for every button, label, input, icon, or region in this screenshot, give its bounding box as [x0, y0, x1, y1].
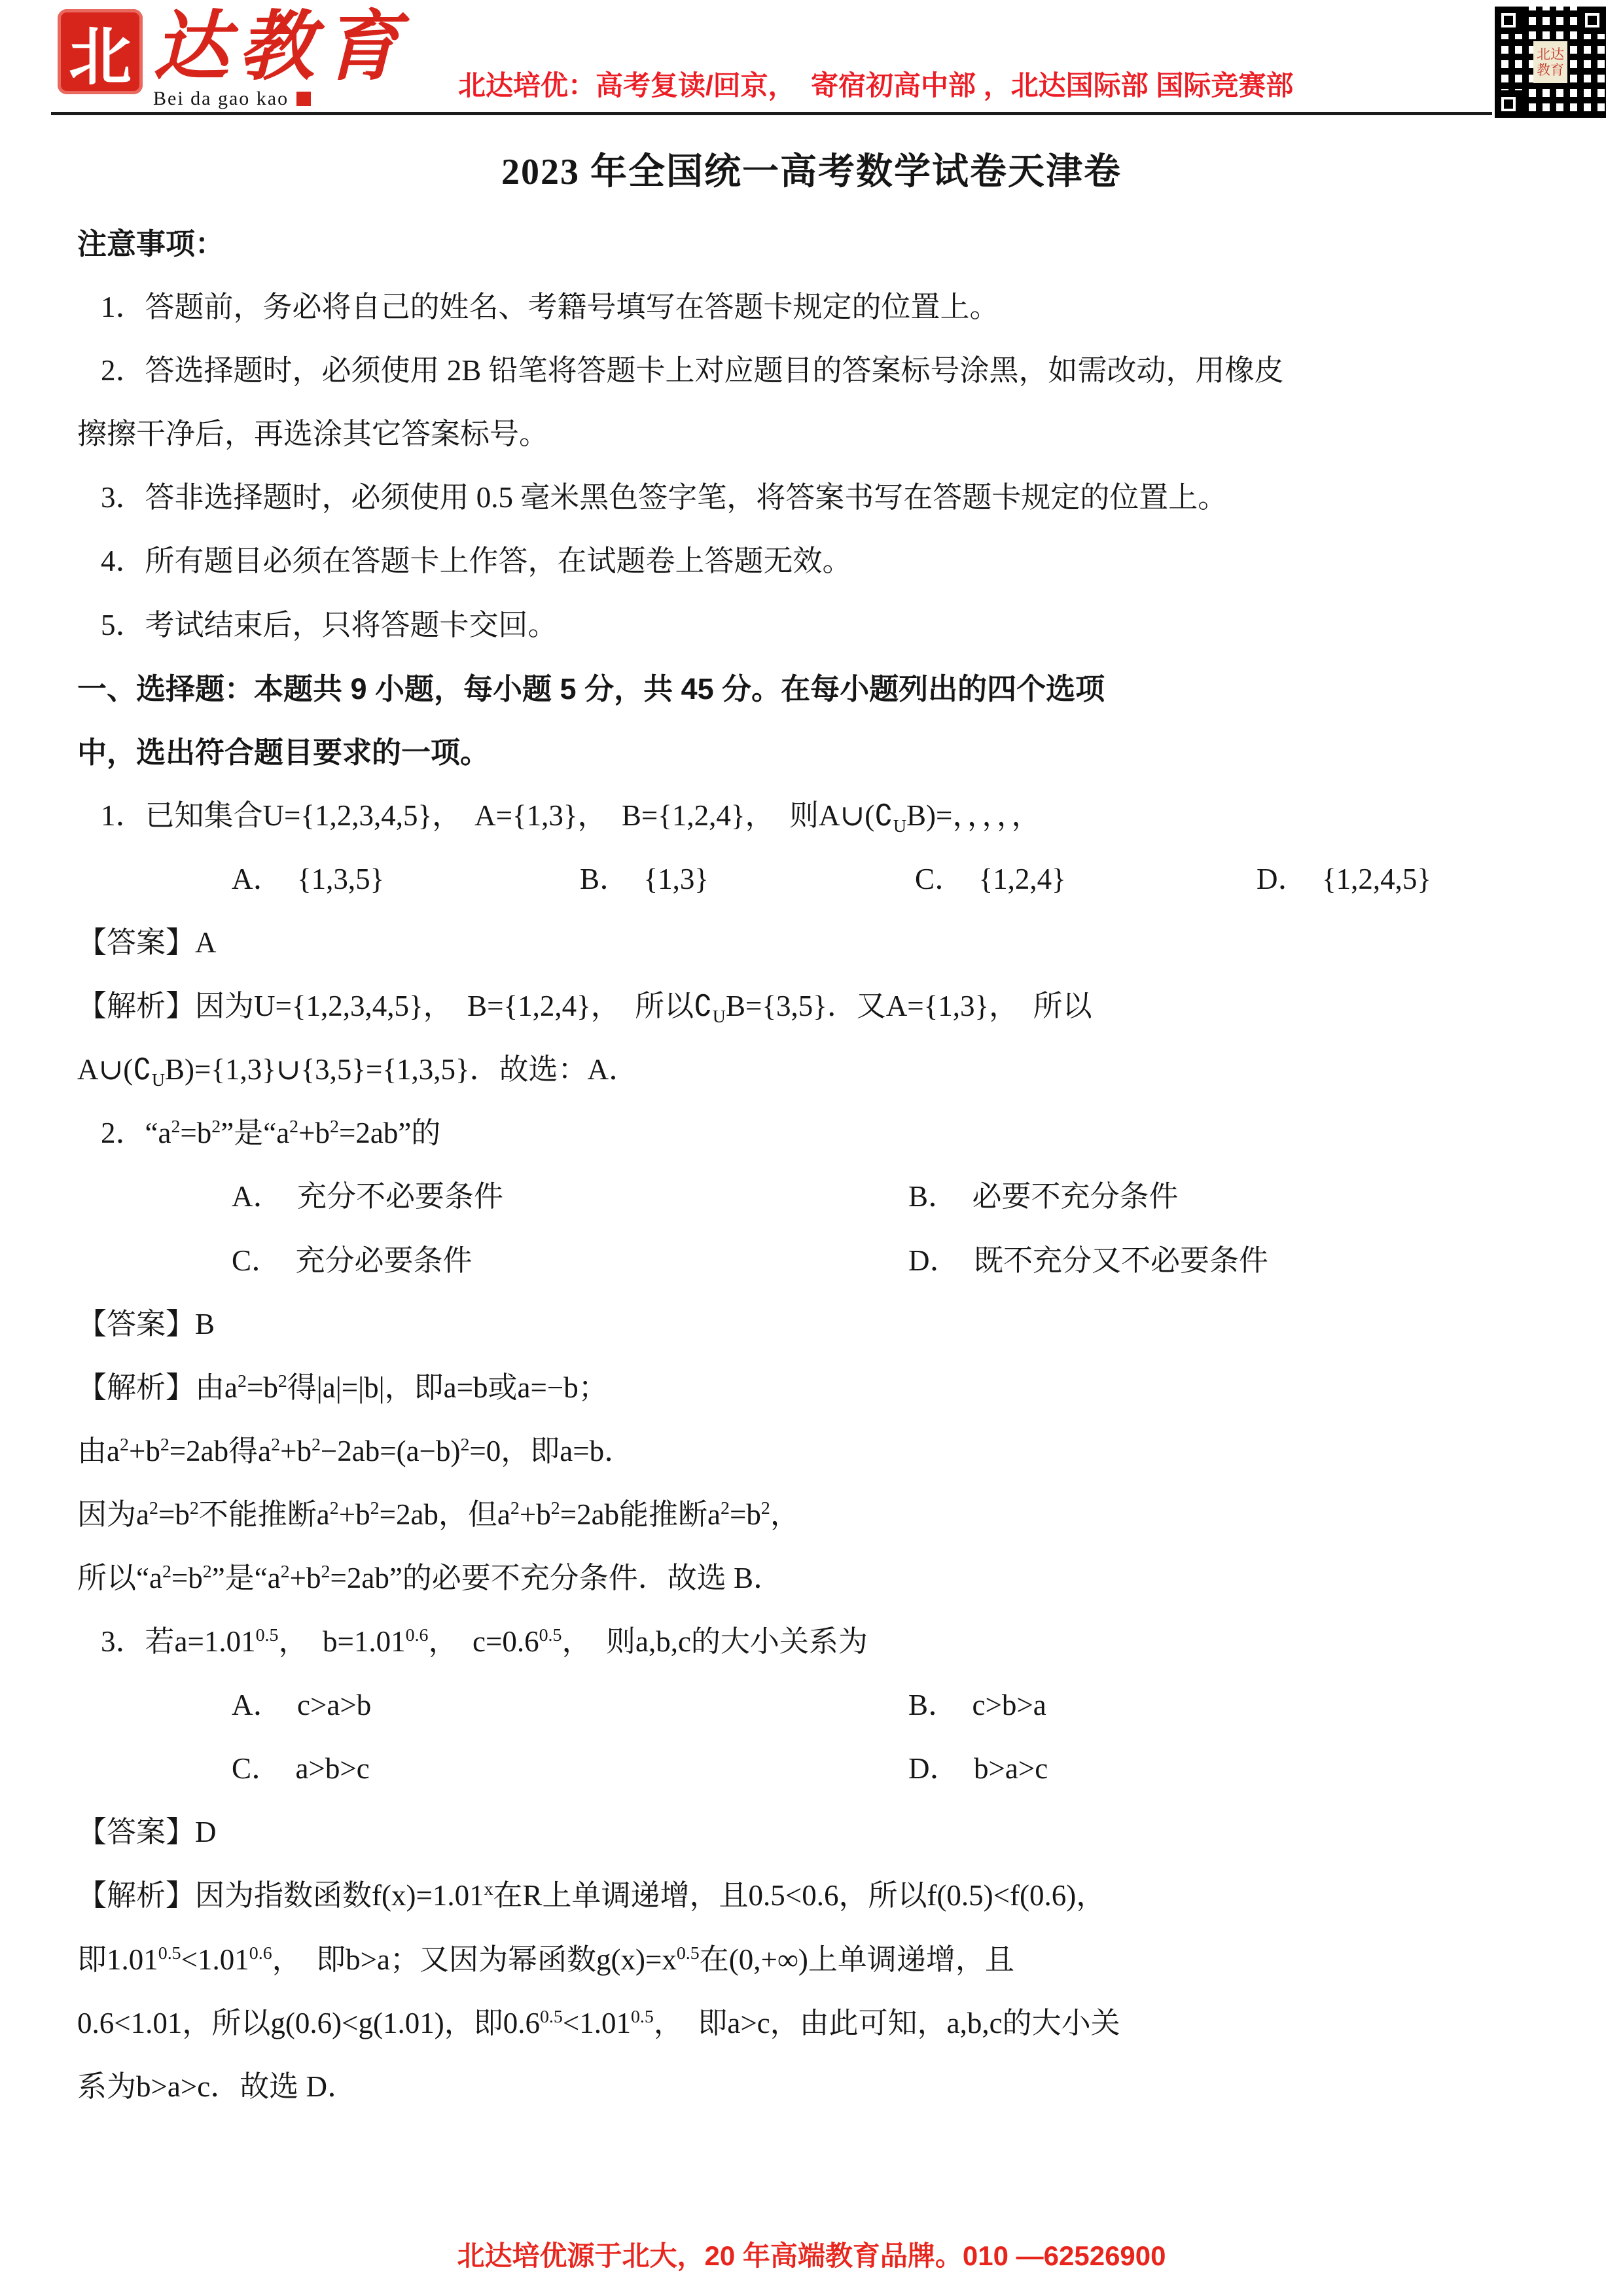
- logo-name: 达教育: [153, 9, 408, 86]
- question-3-option-c: C． a>b>c: [232, 1751, 908, 1786]
- question-1-option-a: A． {1,3,5}: [232, 862, 580, 897]
- exam-content: 注意事项： 1．答题前，务必将自己的姓名、考籍号填写在答题卡规定的位置上。 2．…: [0, 226, 1623, 2104]
- brand-logo: 北 达教育 Bei da gao kao: [58, 9, 408, 110]
- logo-red-square-icon: [296, 92, 311, 106]
- header-tagline: 北达培优：高考复读/回京， 寄宿初高中部 ，北达国际部 国际竞赛部: [458, 64, 1293, 103]
- notice-item-5: 5．考试结束后，只将答题卡交回。: [77, 608, 1546, 643]
- question-1-options-row: A． {1,3,5} B． {1,3} C． {1,2,4} D． {1,2,4…: [77, 862, 1546, 897]
- notice-item-2: 2．答选择题时，必须使用 2B 铅笔将答题卡上对应题目的答案标号涂黑，如需改动，…: [77, 353, 1546, 388]
- question-1-answer: 【答案】A: [77, 925, 1546, 960]
- question-1-stem: 1．已知集合U={1,2,3,4,5}， A={1,3}， B={1,2,4}，…: [77, 798, 1546, 833]
- question-2-analysis-line-1: 【解析】由a2=b2得|a|=|b|，即a=b或a=−b；: [77, 1371, 1546, 1405]
- question-2-option-b: B． 必要不充分条件: [908, 1179, 1546, 1214]
- question-2-option-a: A． 充分不必要条件: [232, 1179, 908, 1214]
- question-2-option-d: D． 既不充分又不必要条件: [908, 1244, 1546, 1278]
- question-3-option-a: A． c>a>b: [232, 1688, 908, 1723]
- question-2-option-c: C． 充分必要条件: [232, 1244, 908, 1278]
- notice-item-3: 3．答非选择题时，必须使用 0.5 毫米黑色签字笔，将答案书写在答题卡规定的位置…: [77, 480, 1546, 515]
- question-2-options-row-2: C． 充分必要条件 D． 既不充分又不必要条件: [77, 1244, 1546, 1278]
- question-2-options-row-1: A． 充分不必要条件 B． 必要不充分条件: [77, 1179, 1546, 1214]
- question-3-analysis-line-3: 0.6<1.01，所以g(0.6)<g(1.01)，即0.60.5<1.010.…: [77, 2006, 1546, 2041]
- page-header: 北 达教育 Bei da gao kao 北达培优：高考复读/回京， 寄宿初高中…: [0, 0, 1623, 126]
- question-3-analysis-line-4: 系为b>a>c．故选 D．: [77, 2070, 1546, 2104]
- question-2-stem: 2．“a2=b2”是“a2+b2=2ab”的: [77, 1116, 1546, 1151]
- qr-finder-icon: [1495, 7, 1522, 34]
- question-3-answer: 【答案】D: [77, 1815, 1546, 1850]
- question-3-analysis-line-1: 【解析】因为指数函数f(x)=1.01x在R上单调递增，且0.5<0.6，所以f…: [77, 1878, 1546, 1913]
- question-3-stem: 3．若a=1.010.5， b=1.010.6， c=0.60.5， 则a,b,…: [77, 1624, 1546, 1659]
- question-1-option-b: B． {1,3}: [580, 862, 915, 897]
- question-1-analysis-line-2: A∪(∁UB)={1,3}∪{3,5}={1,3,5}．故选：A．: [77, 1052, 1546, 1087]
- section-heading-line-2: 中，选出符合题目要求的一项。: [77, 735, 1546, 770]
- section-heading-line-1: 一、选择题：本题共 9 小题，每小题 5 分，共 45 分。在每小题列出的四个选…: [77, 672, 1546, 706]
- exam-page: 北 达教育 Bei da gao kao 北达培优：高考复读/回京， 寄宿初高中…: [0, 0, 1623, 2296]
- notice-item-1: 1．答题前，务必将自己的姓名、考籍号填写在答题卡规定的位置上。: [77, 290, 1546, 325]
- page-footer: 北达培优源于北大，20 年高端教育品牌。010 —62526900: [0, 2234, 1623, 2274]
- question-1-option-c: C． {1,2,4}: [915, 862, 1257, 897]
- notice-heading: 注意事项：: [77, 226, 1546, 261]
- page-title: 2023 年全国统一高考数学试卷天津卷: [0, 143, 1623, 195]
- question-3-options-row-1: A． c>a>b B． c>b>a: [77, 1688, 1546, 1723]
- qr-finder-icon: [1495, 90, 1522, 118]
- qr-finder-icon: [1578, 7, 1606, 34]
- notice-item-2-cont: 擦擦干净后，再选涂其它答案标号。: [77, 417, 1546, 452]
- question-3-option-b: B． c>b>a: [908, 1688, 1546, 1723]
- logo-subtitle-text: Bei da gao kao: [153, 88, 289, 110]
- question-2-answer: 【答案】B: [77, 1307, 1546, 1342]
- question-2-analysis-line-4: 所以“a2=b2”是“a2+b2=2ab”的必要不充分条件．故选 B．: [77, 1561, 1546, 1596]
- logo-seal-char: 北: [69, 7, 132, 97]
- question-3-analysis-line-2: 即1.010.5<1.010.6， 即b>a；又因为幂函数g(x)=x0.5在(…: [77, 1943, 1546, 1977]
- logo-subtitle: Bei da gao kao: [153, 88, 408, 110]
- header-divider: [51, 112, 1492, 115]
- question-1-option-d: D． {1,2,4,5}: [1257, 862, 1546, 897]
- notice-item-4: 4．所有题目必须在答题卡上作答，在试题卷上答题无效。: [77, 544, 1546, 579]
- qr-center-label: 北达教育: [1533, 41, 1567, 83]
- question-1-analysis-line-1: 【解析】因为U={1,2,3,4,5}， B={1,2,4}， 所以∁UB={3…: [77, 989, 1546, 1024]
- question-2-analysis-line-2: 由a2+b2=2ab得a2+b2−2ab=(a−b)2=0，即a=b．: [77, 1434, 1546, 1469]
- logo-text-block: 达教育 Bei da gao kao: [153, 9, 408, 110]
- question-2-analysis-line-3: 因为a2=b2不能推断a2+b2=2ab，但a2+b2=2ab能推断a2=b2，: [77, 1498, 1546, 1532]
- question-3-option-d: D． b>a>c: [908, 1751, 1546, 1786]
- question-3-options-row-2: C． a>b>c D． b>a>c: [77, 1751, 1546, 1786]
- qr-code-icon: 北达教育: [1495, 7, 1606, 118]
- logo-seal-icon: 北: [58, 9, 143, 94]
